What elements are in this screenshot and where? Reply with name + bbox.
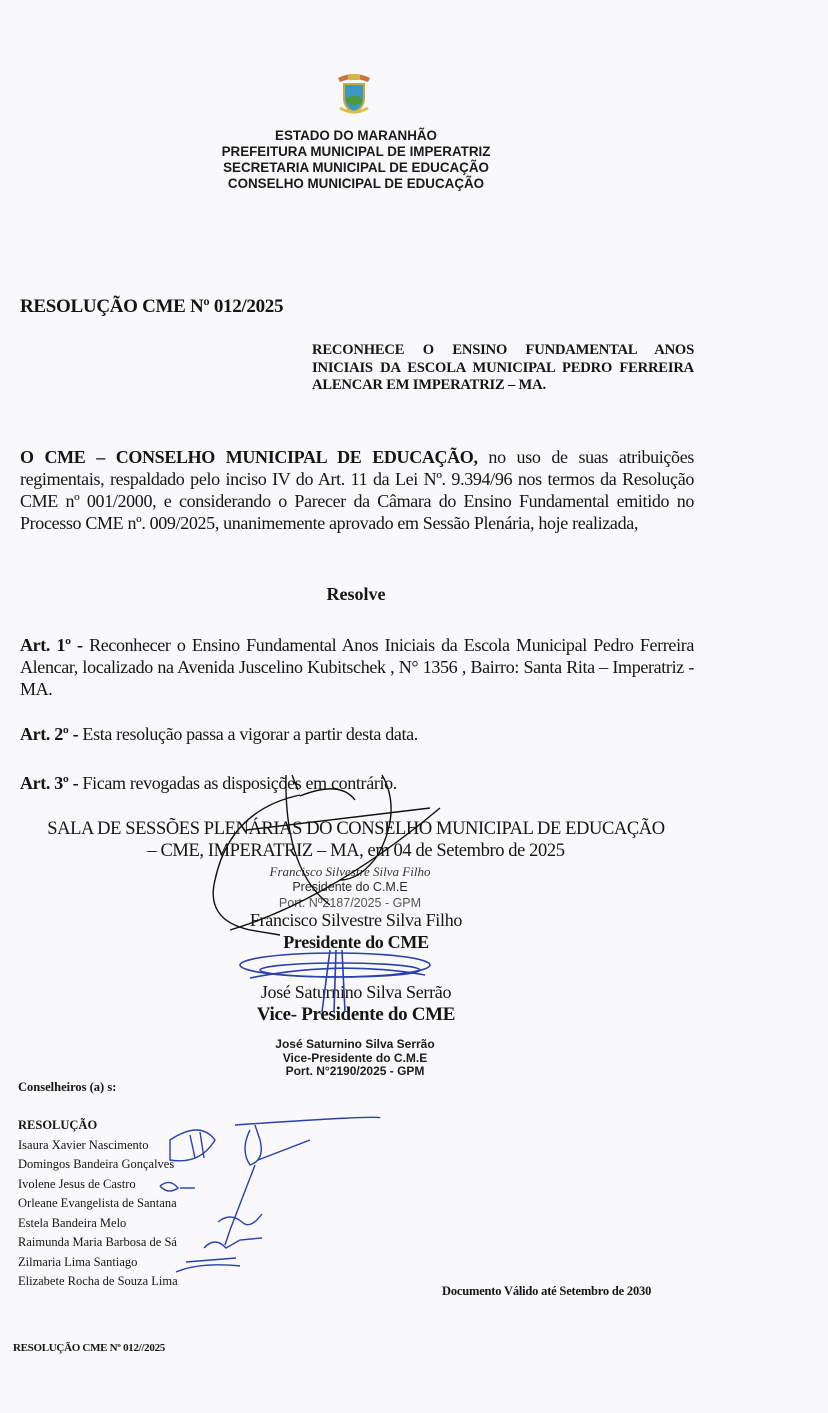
council-label: Conselheiros (a) s: (18, 1080, 116, 1095)
article-1: Art. 1º - Reconhecer o Ensino Fundamenta… (20, 634, 694, 700)
article-text: Reconhecer o Ensino Fundamental Anos Ini… (20, 635, 694, 699)
validity-note: Documento Válido até Setembro de 2030 (442, 1284, 651, 1299)
president-name: Francisco Silvestre Silva Filho (0, 910, 712, 931)
vice-stamp-name: José Saturnino Silva Serrão (210, 1038, 500, 1052)
article-text: Esta resolução passa a vigorar a partir … (78, 724, 418, 744)
council-member: Isaura Xavier Nascimento (18, 1136, 178, 1156)
council-member: Orleane Evangelista de Santana (18, 1194, 178, 1214)
article-text: Ficam revogadas as disposições em contrá… (78, 773, 397, 793)
article-label: Art. 1º - (20, 635, 83, 655)
council-member: Estela Bandeira Melo (18, 1214, 178, 1234)
vice-stamp-port: Port. N°2190/2025 - GPM (210, 1065, 500, 1079)
president-role: Presidente do CME (0, 932, 712, 953)
letterhead: ESTADO DO MARANHÃO PREFEITURA MUNICIPAL … (0, 128, 712, 192)
council-member: Zilmaria Lima Santiago (18, 1253, 178, 1273)
president-stamp-signature: Francisco Silvestre Silva Filho (200, 864, 500, 880)
letterhead-state: ESTADO DO MARANHÃO (0, 128, 712, 144)
council-list: RESOLUÇÃO Isaura Xavier Nascimento Domin… (18, 1116, 178, 1292)
council-member: Ivolene Jesus de Castro (18, 1175, 178, 1195)
vice-president-name: José Saturnino Silva Serrão (0, 982, 712, 1003)
letterhead-prefeitura: PREFEITURA MUNICIPAL DE IMPERATRIZ (0, 144, 712, 160)
article-2: Art. 2º - Esta resolução passa a vigorar… (20, 723, 694, 745)
document-title: RESOLUÇÃO CME Nº 012/2025 (20, 296, 283, 318)
ementa: RECONHECE O ENSINO FUNDAMENTAL ANOS INIC… (312, 342, 694, 395)
council-heading: RESOLUÇÃO (18, 1116, 178, 1136)
council-signatures-icon (160, 1117, 380, 1272)
council-member: Elizabete Rocha de Souza Lima (18, 1272, 178, 1292)
article-label: Art. 3º - (20, 773, 78, 793)
preamble-bold: O CME – CONSELHO MUNICIPAL DE EDUCAÇÃO, (20, 447, 478, 467)
article-label: Art. 2º - (20, 724, 78, 744)
footer-reference: RESOLUÇÃO CME Nº 012//2025 (13, 1342, 165, 1354)
article-3: Art. 3º - Ficam revogadas as disposições… (20, 772, 694, 794)
president-stamp-role: Presidente do C.M.E (200, 880, 500, 894)
coat-of-arms-icon (334, 68, 374, 116)
council-member: Domingos Bandeira Gonçalves (18, 1155, 178, 1175)
council-member: Raimunda Maria Barbosa de Sá (18, 1233, 178, 1253)
preamble: O CME – CONSELHO MUNICIPAL DE EDUCAÇÃO, … (20, 446, 694, 534)
closing-line-2: – CME, IMPERATRIZ – MA, em 04 de Setembr… (0, 840, 712, 862)
vice-president-stamp: José Saturnino Silva Serrão Vice-Preside… (210, 1038, 500, 1079)
vice-stamp-role: Vice-Presidente do C.M.E (210, 1052, 500, 1066)
letterhead-conselho: CONSELHO MUNICIPAL DE EDUCAÇÃO (0, 176, 712, 192)
vice-president-role: Vice- Presidente do CME (0, 1004, 712, 1026)
closing-place-date: SALA DE SESSÕES PLENÁRIAS DO CONSELHO MU… (0, 818, 712, 862)
resolve-heading: Resolve (0, 584, 712, 605)
closing-line-1: SALA DE SESSÕES PLENÁRIAS DO CONSELHO MU… (0, 818, 712, 840)
letterhead-secretaria: SECRETARIA MUNICIPAL DE EDUCAÇÃO (0, 160, 712, 176)
president-stamp-port: Port. Nº2187/2025 - GPM (200, 896, 500, 910)
